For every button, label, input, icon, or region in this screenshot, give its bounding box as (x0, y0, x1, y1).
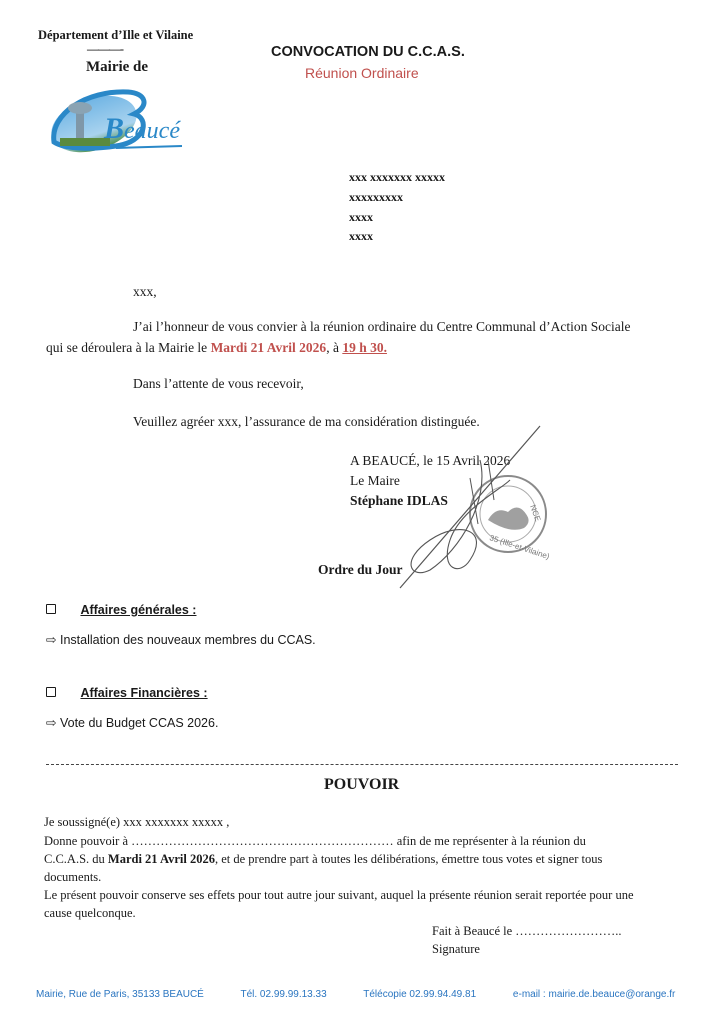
pouvoir-line-2: Donne pouvoir à ……………………………………………………… af… (44, 834, 586, 849)
pouvoir-line-3-prefix: C.C.A.S. du (44, 852, 108, 866)
recipient-line: xxxx (349, 229, 373, 244)
header-separator: ———- (87, 42, 123, 57)
svg-text:NCE: NCE (528, 504, 542, 523)
footer-email[interactable]: e-mail : mairie.de.beauce@orange.fr (513, 989, 675, 1000)
checkbox-icon (46, 604, 56, 614)
pouvoir-date: Mardi 21 Avril 2026 (108, 852, 215, 866)
agenda-item-text: Vote du Budget CCAS 2026. (60, 716, 218, 730)
pouvoir-title: POUVOIR (324, 776, 399, 794)
document-title: CONVOCATION DU C.C.A.S. (271, 44, 465, 60)
agenda-section-title: Affaires générales : (80, 603, 196, 617)
recipient-line: xxxxxxxxx (349, 190, 403, 205)
paragraph-1-prefix: qui se déroulera à la Mairie le (46, 340, 211, 355)
cut-line-divider (46, 764, 678, 765)
recipient-line: xxxx (349, 210, 373, 225)
agenda-item: ⇨ Vote du Budget CCAS 2026. (46, 715, 218, 730)
pouvoir-line-6: cause quelconque. (44, 906, 136, 921)
logo-initial: B (104, 112, 124, 145)
pouvoir-line-4: documents. (44, 870, 101, 885)
recipient-line: xxx xxxxxxx xxxxx (349, 170, 445, 185)
paragraph-2: Dans l’attente de vous recevoir, (133, 376, 304, 392)
agenda-section: Affaires générales : (46, 601, 196, 619)
mairie-label: Mairie de (86, 59, 148, 76)
pouvoir-line-3: C.C.A.S. du Mardi 21 Avril 2026, et de p… (44, 852, 602, 867)
arrow-right-icon: ⇨ (46, 716, 56, 730)
department-label: Département d’Ille et Vilaine (38, 28, 193, 43)
pouvoir-line-3-suffix: , et de prendre part à toutes les délibé… (215, 852, 602, 866)
footer-address: Mairie, Rue de Paris, 35133 BEAUCÉ (36, 989, 204, 1000)
salutation: xxx, (133, 284, 157, 300)
logo-rest: eaucé (124, 118, 180, 144)
agenda-section-title: Affaires Financières : (80, 686, 207, 700)
document-subtitle: Réunion Ordinaire (305, 65, 419, 81)
agenda-title: Ordre du Jour (318, 562, 403, 578)
paragraph-1-line-2: qui se déroulera à la Mairie le Mardi 21… (46, 340, 387, 356)
footer: Mairie, Rue de Paris, 35133 BEAUCÉ Tél. … (36, 989, 709, 1000)
paragraph-1-line-1: J’ai l’honneur de vous convier à la réun… (133, 319, 630, 335)
footer-phone: Tél. 02.99.99.13.33 (240, 989, 326, 1000)
logo-wordmark: Beaucé (104, 112, 180, 146)
fait-a-field: Fait à Beaucé le …………………….. (432, 924, 622, 939)
agenda-item-text: Installation des nouveaux membres du CCA… (60, 633, 316, 647)
signature-label: Signature (432, 942, 480, 957)
paragraph-1-mid: , à (326, 340, 342, 355)
agenda-item: ⇨ Installation des nouveaux membres du C… (46, 632, 316, 647)
pouvoir-line-1: Je soussigné(e) xxx xxxxxxx xxxxx , (44, 815, 229, 830)
footer-fax: Télécopie 02.99.94.49.81 (363, 989, 476, 1000)
meeting-time: 19 h 30. (342, 340, 387, 355)
svg-text:35 (Ille-et-Vilaine): 35 (Ille-et-Vilaine) (488, 533, 551, 561)
agenda-section: Affaires Financières : (46, 684, 208, 702)
pouvoir-line-5: Le présent pouvoir conserve ses effets p… (44, 888, 634, 903)
meeting-date: Mardi 21 Avril 2026 (211, 340, 327, 355)
checkbox-icon (46, 687, 56, 697)
arrow-right-icon: ⇨ (46, 633, 56, 647)
